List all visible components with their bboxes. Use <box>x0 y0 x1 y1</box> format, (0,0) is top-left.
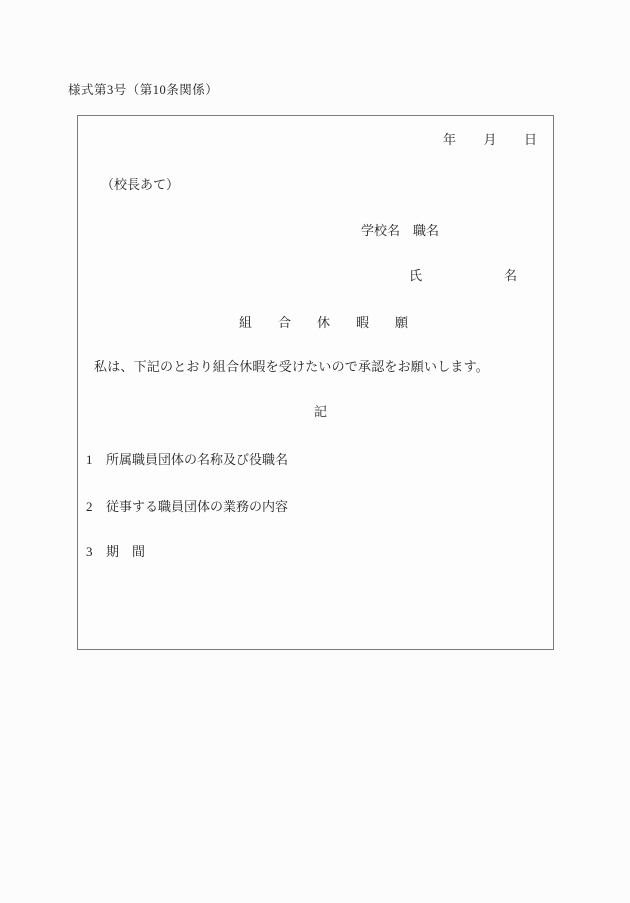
document-page: 様式第3号（第10条関係） 年 月 日 （校長あて） 学校名 職名 氏 名 組合… <box>0 0 630 903</box>
list-item-1: 1 所属職員団体の名称及び役職名 <box>86 452 288 467</box>
request-sentence: 私は、下記のとおり組合休暇を受けたいので承認をお願いします。 <box>94 359 489 374</box>
year-label: 年 <box>443 132 456 147</box>
form-number-label: 様式第3号（第10条関係） <box>68 83 218 97</box>
record-label: 記 <box>314 404 327 419</box>
item-1-number: 1 <box>86 452 106 467</box>
surname-label: 氏 <box>409 268 422 283</box>
item-3-text: 期 間 <box>106 544 145 559</box>
school-position-label: 学校名 職名 <box>361 223 439 238</box>
given-name-label: 名 <box>504 268 517 283</box>
item-2-number: 2 <box>86 499 106 514</box>
day-label: 日 <box>524 132 537 147</box>
item-3-number: 3 <box>86 544 106 559</box>
item-1-text: 所属職員団体の名称及び役職名 <box>106 452 288 467</box>
month-label: 月 <box>483 132 496 147</box>
addressee-label: （校長あて） <box>101 177 179 192</box>
item-2-text: 従事する職員団体の業務の内容 <box>106 499 288 514</box>
list-item-2: 2 従事する職員団体の業務の内容 <box>86 499 288 514</box>
name-line: 氏 名 <box>409 268 517 283</box>
form-border-box: 年 月 日 （校長あて） 学校名 職名 氏 名 組合休暇願 私は、下記のとおり組… <box>77 115 554 650</box>
date-line: 年 月 日 <box>443 132 537 147</box>
document-title: 組合休暇願 <box>239 315 434 330</box>
list-item-3: 3 期 間 <box>86 544 145 559</box>
